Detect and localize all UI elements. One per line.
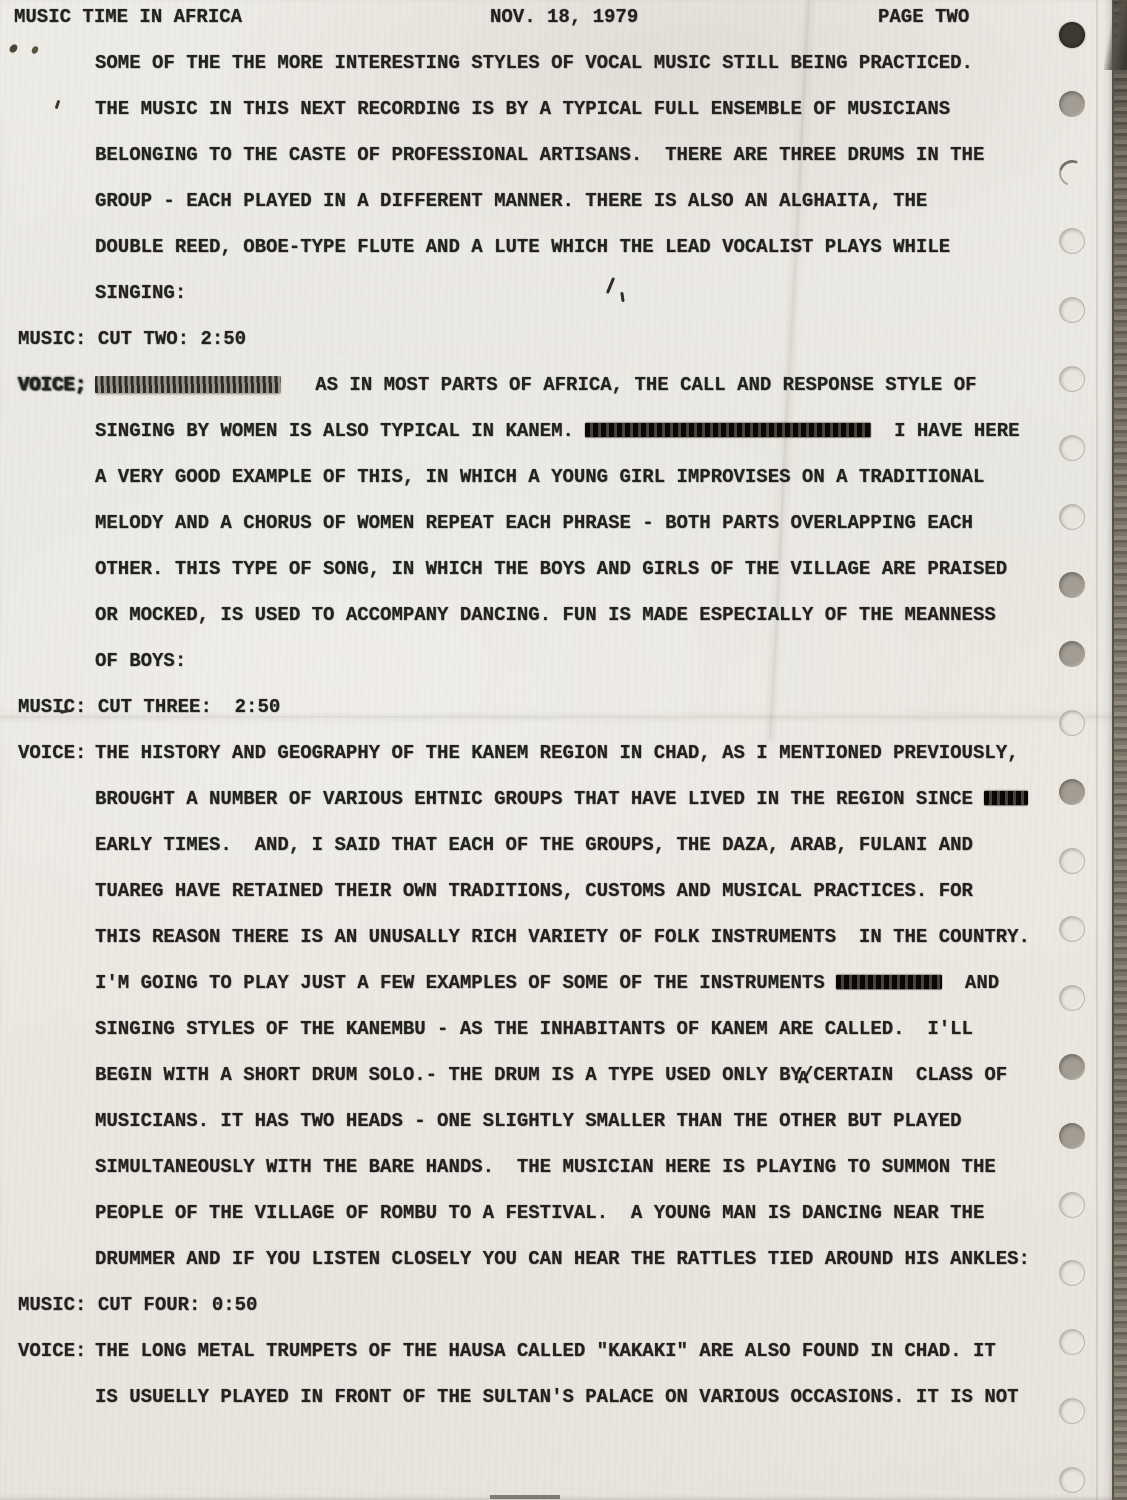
voice-block: VOICE:THE LONG METAL TRUMPETS OF THE HAU… — [0, 1328, 1113, 1420]
punch-hole — [1059, 1123, 1085, 1149]
page-header: MUSIC TIME IN AFRICA NOV. 18, 1979 PAGE … — [0, 6, 1113, 32]
script-line: OF BOYS: — [0, 638, 1113, 684]
redacted-text — [836, 975, 942, 989]
scanned-page: MUSIC TIME IN AFRICA NOV. 18, 1979 PAGE … — [0, 0, 1113, 1500]
script-line: THE HISTORY AND GEOGRAPHY OF THE KANEM R… — [0, 730, 1113, 776]
script-body: SOME OF THE THE MORE INTERESTING STYLES … — [0, 40, 1113, 1420]
punch-hole — [1059, 779, 1085, 805]
punch-hole — [1059, 435, 1085, 461]
script-line: IS USUELLY PLAYED IN FRONT OF THE SULTAN… — [0, 1374, 1113, 1420]
punch-hole — [1059, 710, 1085, 736]
pen-mark — [490, 1495, 560, 1499]
punch-hole — [1059, 1467, 1085, 1493]
punch-hole — [1059, 1329, 1085, 1355]
music-cue-line: MUSIC: CUT FOUR: 0:50 — [0, 1282, 1113, 1328]
script-line: SIMULTANEOUSLY WITH THE BARE HANDS. THE … — [0, 1144, 1113, 1190]
cue-text: CUT THREE: 2:50 — [86, 696, 280, 718]
script-line: MUSICIANS. IT HAS TWO HEADS - ONE SLIGHT… — [0, 1098, 1113, 1144]
script-line: SINGING STYLES OF THE KANEMBU - AS THE I… — [0, 1006, 1113, 1052]
punch-hole — [1059, 1192, 1085, 1218]
speaker-label: MUSIC: — [18, 328, 86, 350]
speaker-label: VOICE: — [18, 730, 86, 776]
speaker-label: VOICE: — [18, 1328, 86, 1374]
punch-hole — [1059, 1054, 1085, 1080]
cue-text: CUT TWO: 2:50 — [86, 328, 246, 350]
voice-block: SOME OF THE THE MORE INTERESTING STYLES … — [0, 40, 1113, 316]
doc-date: NOV. 18, 1979 — [490, 6, 638, 28]
punch-hole — [1059, 22, 1085, 48]
page-number: PAGE TWO — [878, 6, 969, 28]
punch-hole — [1059, 228, 1085, 254]
music-cue-block: MUSIC: CUT FOUR: 0:50 — [0, 1282, 1113, 1328]
script-line: PEOPLE OF THE VILLAGE OF ROMBU TO A FEST… — [0, 1190, 1113, 1236]
script-line: BEGIN WITH A SHORT DRUM SOLO.- THE DRUM … — [0, 1052, 1113, 1098]
script-line: SINGING: — [0, 270, 1113, 316]
script-line: TUAREG HAVE RETAINED THEIR OWN TRADITION… — [0, 868, 1113, 914]
punch-hole — [1059, 1398, 1085, 1424]
script-line: THIS REASON THERE IS AN UNUSALLY RICH VA… — [0, 914, 1113, 960]
script-line: THE MUSIC IN THIS NEXT RECORDING IS BY A… — [0, 86, 1113, 132]
scan-edge — [1112, 0, 1127, 1500]
music-cue-block: MUSIC: CUT TWO: 2:50 — [0, 316, 1113, 362]
punch-hole — [1059, 572, 1085, 598]
script-line: MELODY AND A CHORUS OF WOMEN REPEAT EACH… — [0, 500, 1113, 546]
redacted-text — [585, 423, 871, 437]
script-line: DRUMMER AND IF YOU LISTEN CLOSELY YOU CA… — [0, 1236, 1113, 1282]
music-cue-line: MUSIC: CUT THREE: 2:50 — [0, 684, 1113, 730]
redacted-text — [95, 376, 281, 393]
punch-hole — [1059, 91, 1085, 117]
doc-title: MUSIC TIME IN AFRICA — [14, 6, 242, 28]
music-cue-line: MUSIC: CUT TWO: 2:50 — [0, 316, 1113, 362]
speaker-label: MUSIC: — [18, 1294, 86, 1316]
script-line: AS IN MOST PARTS OF AFRICA, THE CALL AND… — [0, 362, 1113, 408]
speaker-label: VOICE; — [18, 362, 86, 408]
script-line: EARLY TIMES. AND, I SAID THAT EACH OF TH… — [0, 822, 1113, 868]
script-line: I'M GOING TO PLAY JUST A FEW EXAMPLES OF… — [0, 960, 1113, 1006]
script-line: SOME OF THE THE MORE INTERESTING STYLES … — [0, 40, 1113, 86]
punch-hole — [1059, 641, 1085, 667]
script-line: BROUGHT A NUMBER OF VARIOUS EHTNIC GROUP… — [0, 776, 1113, 822]
punch-hole — [1059, 366, 1085, 392]
voice-block: VOICE:THE HISTORY AND GEOGRAPHY OF THE K… — [0, 730, 1113, 1282]
punch-hole — [1059, 297, 1085, 323]
punch-hole — [1059, 848, 1085, 874]
script-line: DOUBLE REED, OBOE-TYPE FLUTE AND A LUTE … — [0, 224, 1113, 270]
punch-hole — [1059, 504, 1085, 530]
punch-hole — [1059, 985, 1085, 1011]
punch-hole — [1059, 1260, 1085, 1286]
script-line: OTHER. THIS TYPE OF SONG, IN WHICH THE B… — [0, 546, 1113, 592]
punch-hole — [1059, 916, 1085, 942]
script-line: BELONGING TO THE CASTE OF PROFESSIONAL A… — [0, 132, 1113, 178]
music-cue-block: MUSIC: CUT THREE: 2:50 — [0, 684, 1113, 730]
script-line: SINGING BY WOMEN IS ALSO TYPICAL IN KANE… — [0, 408, 1113, 454]
script-line: GROUP - EACH PLAYED IN A DIFFERENT MANNE… — [0, 178, 1113, 224]
redacted-text — [984, 791, 1028, 805]
voice-block: VOICE; AS IN MOST PARTS OF AFRICA, THE C… — [0, 362, 1113, 684]
script-line: OR MOCKED, IS USED TO ACCOMPANY DANCING.… — [0, 592, 1113, 638]
script-line: A VERY GOOD EXAMPLE OF THIS, IN WHICH A … — [0, 454, 1113, 500]
cue-text: CUT FOUR: 0:50 — [86, 1294, 257, 1316]
speaker-label: MUSIC: — [18, 696, 86, 718]
script-line: THE LONG METAL TRUMPETS OF THE HAUSA CAL… — [0, 1328, 1113, 1374]
